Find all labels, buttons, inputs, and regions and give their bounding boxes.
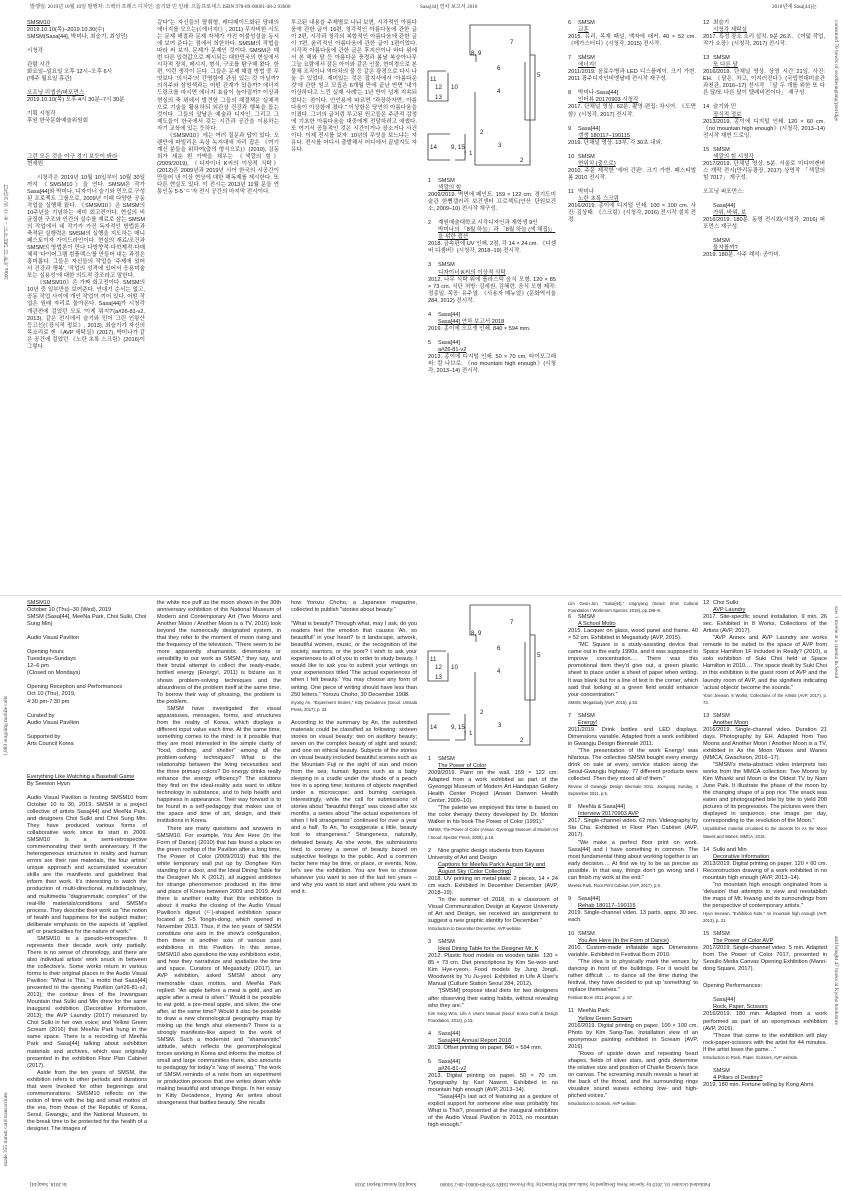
essay-paragraph: According to the summary by An, the subm… — [291, 720, 417, 896]
work-item: 3SMSMIdeal Dining Table for the Designer… — [428, 939, 558, 1024]
work-item: 14슬기와 민장식적 정보2013/2019. 종이에 디지털 인쇄. 120 … — [703, 104, 825, 139]
closed-note: (Closed on Mondays) — [27, 670, 147, 677]
essay-column-3-ko: 투고된 내용을 주제별로 나눠 보면, 시각적인 아름다움에 관한 글이 16편… — [291, 20, 417, 154]
plan-label: 2 — [480, 129, 483, 136]
supported-by: Arts Council Korea — [27, 741, 147, 748]
work-item: 9Sasa[44]갱생 180117–1901152019. 단채널 영상. 1… — [568, 126, 696, 147]
essay-author-en: By Seewon Hyun — [27, 781, 147, 788]
essay-paragraph: 투고된 내용을 주제별로 나눠 보면, 시각적인 아름다움에 관한 글이 16편… — [291, 20, 417, 154]
supported-label: Supported by — [27, 734, 147, 741]
plan-label: 1 — [469, 730, 472, 737]
exhibition-venue: Audio Visual Pavilion — [27, 635, 147, 642]
plan-label: 2 — [480, 709, 483, 716]
margin-stat-bottom-left-2: made 355 transit card transactions — [3, 966, 9, 1166]
footer-report-title: Sasa[44] Annual Report 2018 — [355, 1181, 417, 1187]
opening-label: Opening Reception and Performances — [27, 684, 147, 691]
work-item: 6SMSMA School Motto2015. Lacquer on glas… — [568, 614, 698, 706]
margin-stat-bottom-left: 1,083 outgoing mobile calls — [3, 606, 9, 756]
plan-label: 2 — [520, 737, 523, 744]
works-list-en-a: 1SMSMThe Power of Color2009/2019. Paint … — [428, 756, 558, 1136]
plan-label: 6 — [497, 65, 500, 72]
plan-label: 4 — [497, 668, 500, 675]
essay-paragraph: Aside from the ten years of SMSM, the ex… — [27, 1070, 147, 1133]
performance-item: SMSM4 Pillars of Destiny?2019. 180 min. … — [703, 1068, 827, 1089]
plan-label: 13 — [435, 94, 442, 101]
work-item: 8박미나·Sasa[44]인터뷰 20170903 시청각2017. 단채널 영… — [568, 90, 696, 118]
floor-plan-outline — [425, 602, 565, 752]
plan-label: 3 — [498, 142, 501, 149]
supported-by: 후원 한국문화예술위원회 — [27, 118, 145, 125]
work-item: 7SMSMEnergy!2011/2019. Drink bottles and… — [568, 713, 698, 798]
works-list-en-c: 12Choi SulkiAVP Laundry2017. Site-specif… — [703, 600, 827, 1096]
opening-value: 2019.10.10(목) 오후 4시 30분–7시 30분 — [27, 97, 145, 104]
works-list-ko-b: 6SMSM교훈2015. 유리, 목재 패널, 액자에 래커. 40 × 52 … — [568, 20, 696, 231]
performance-item: Sasa[44]가위, 바위, 보2016/2019. 180분. 동명 전시회… — [703, 203, 825, 231]
essay-paragraph: 《SMSM10》에는 여러 질문과 답이 있다. 오랜만에 파빌리온 옥상 녹지… — [157, 133, 279, 196]
work-item: 13SMSM또 다른 달2016/2019. 단채널 영상. 상영 시간 21일… — [703, 55, 825, 97]
plan-label: 8, 9 — [471, 50, 481, 57]
performances-label-en: Opening Performances: — [703, 983, 827, 990]
work-item: 10SMSM현위치 (춤으로)2010. 주문 제작한 '에어 간판'. 크기 … — [568, 154, 696, 182]
plan-label: 4 — [497, 88, 500, 95]
floor-plan-diagram: 7 8, 9 6 5 4 2 3 2 1 11 12 10 13 14 9, 1… — [425, 22, 565, 172]
floor-plan-outline — [425, 22, 565, 172]
essay-paragraph: the white rice puff as the moon shown in… — [157, 600, 281, 706]
works-list-en-b: Lim Geun-Jun, "Sasa[44]," Ungnyang (Seou… — [568, 600, 698, 1114]
plan-label: 7 — [510, 39, 513, 46]
opening-time: 4:30 pm-7:30 pm — [27, 699, 147, 706]
header-year-note: 2018년에 Sasa[44]는 — [772, 3, 817, 10]
opening-date: Oct 10 (Thu), 2019, — [27, 691, 147, 698]
essay-paragraph: There are many questions and answers in … — [157, 826, 281, 1108]
plan-label: 11 — [430, 656, 436, 663]
essay-column-2-en: the white rice puff as the moon shown in… — [157, 600, 281, 1107]
work-item: 10SMSMYou Are Here (In the Form of Dance… — [568, 931, 698, 1001]
plan-label: 14 — [430, 144, 437, 151]
work-item: 2계원예술대학교 시각디자인과 재학생 9인박미나의 「8월 하늘」과 「8월 … — [428, 220, 556, 255]
plan-label: 14 — [430, 724, 437, 731]
work-item: 13SMSMAnother Moon2016/2019. Single-chan… — [703, 713, 827, 840]
hours-label: Opening hours — [27, 649, 147, 656]
work-item: 6SMSM교훈2015. 유리, 목재 패널, 액자에 래커. 40 × 52 … — [568, 20, 696, 48]
work-source: Lim Geun-Jun, "Sasa[44]," Ungnyang (Seou… — [568, 600, 698, 614]
work-item: 5Sasa[44]a#26-81-v22013. 종이에 디지털 인쇄. 50 … — [428, 340, 556, 375]
essay-column-3-en: how Yorozu Choho, a Japanese magazine, c… — [291, 600, 417, 896]
essay-paragraph: 갈다"는 자신들의 탈취형, 레디메이드화된 당대의 에너지를 모으는(《에너지… — [157, 20, 279, 133]
work-item: 15SMSM색깔의 힘 시청각2017/2019. 단채널 영상. 5분. 서울… — [703, 147, 825, 182]
korean-half: 발행일: 2019년 10월 10일 발행처: 스펙터 프레스 디자인: 슬기와… — [0, 0, 842, 595]
work-item: 1SMSMThe Power of Color2009/2019. Paint … — [428, 756, 558, 841]
work-item: 14Sulki and MinDecorative Information201… — [703, 847, 827, 925]
plan-label: 10 — [451, 84, 458, 91]
plan-label: 7 — [510, 619, 513, 626]
footer-colophon: Published October 10, 2019 by Specter Pr… — [440, 1181, 710, 1187]
work-item: 12최슬기시청각 세탁실2017. 특정 장소 소리 설치. 9분 26초. 《… — [703, 20, 825, 48]
curated-by: Audio Visual Pavilion — [27, 720, 147, 727]
performance-item: Sasa[44]Rock, Paper, Scissors2016/2019. … — [703, 997, 827, 1060]
essay-title-en: Everything Like Watching a Baseball Game — [27, 774, 147, 781]
block-quote: "What is beauty? Through what, may I ask… — [291, 621, 417, 699]
work-item: 3SMSM디자이너 K씨의 이상적 식탁2012. 나무 식탁 위에 플라스틱 … — [428, 262, 556, 304]
works-list-ko-c: 12최슬기시청각 세탁실2017. 특정 장소 소리 설치. 9분 26초. 《… — [703, 20, 825, 266]
exhibition-info-ko: SMSM10 2019.10.10(목)–2019.10.30(수) SMSM(… — [27, 20, 145, 351]
curated-label: Curated by — [27, 713, 147, 720]
exhibition-artists: SMSM (Sasa[44], MeeNa Park, Choi Sulki, … — [27, 614, 147, 628]
exhibition-info-en: SMSM10 October 10 (Thu)–30 (Wed), 2019 S… — [27, 600, 147, 1133]
essay-paragraph: how Yorozu Choho, a Japanese magazine, c… — [291, 600, 417, 614]
essay-author-ko: 현세원 — [27, 161, 145, 168]
essay-paragraph: Audio Visual Pavilion is hosting SMSM10 … — [27, 795, 147, 936]
exhibition-dates: October 10 (Thu)–30 (Wed), 2019 — [27, 607, 147, 614]
margin-stat-top-left: 300m 녹색 더 넓어서기 – 푸 수 본 보았다 — [3, 20, 11, 280]
plan-label: 3 — [498, 722, 501, 729]
floor-plan-diagram: 7 8, 9 6 5 4 2 3 2 1 11 12 10 13 14 9, 1… — [425, 602, 565, 752]
essay-paragraph: SMSM have investigated the visual appara… — [157, 706, 281, 826]
entrance-arrow-icon: ↑ — [463, 148, 468, 158]
plan-label: 8, 9 — [471, 630, 481, 637]
plan-label: 13 — [435, 674, 442, 681]
work-item: 7SMSM에너지!2011/2019. 음료수병과 LED 디스플레이. 크기 … — [568, 55, 696, 83]
plan-label: 11 — [430, 76, 436, 83]
closed-note: (매주 월요일 휴관) — [27, 76, 145, 83]
entrance-arrow-icon: ↑ — [463, 728, 468, 738]
plan-label: 5 — [537, 72, 540, 79]
work-item: 1SMSM색깔의 힘2009/2019. 벽면에 페인트. 159 × 122 … — [428, 178, 556, 213]
exhibition-venue: 시청각 — [27, 48, 145, 55]
margin-stat-bottom-right-2: and bought 47 books at Kyobo bookstore — [833, 936, 839, 1176]
exhibition-artists: SMSM(Sasa[44], 박미나, 최슬기, 최성민) — [27, 34, 145, 41]
work-item: 9Sasa[44]Rehab 180117–1901152019. Single… — [568, 896, 698, 924]
plan-label: 1 — [469, 150, 472, 157]
plan-label: 6 — [497, 645, 500, 652]
work-item: 8MeeNa & Sasa[44]Interview 20170903 AVP2… — [568, 804, 698, 889]
work-item: 5Sasa[44]a#26-81-v22013. Digital printin… — [428, 1059, 558, 1129]
margin-stat-top-right: consumed 70 bowls of seollleongtang/porr… — [833, 20, 839, 540]
performance-item: SMSM물자를까?2019. 180분. 사주 해석: 공아미. — [703, 238, 825, 259]
plan-label: 5 — [537, 652, 540, 659]
plan-label: 12 — [435, 664, 442, 671]
work-item: 2Nine graphic design students from Kaywo… — [428, 848, 558, 933]
performances-label-ko: 오프닝 퍼포먼스: — [703, 189, 825, 196]
essay-paragraph: 《SMSM10》은 가짜 회고전이다. SMSM의 10년 중 일부만을 보여준… — [27, 280, 145, 350]
header-colophon: 발행일: 2019년 10월 10일 발행처: 스펙터 프레스 디자인: 슬기와… — [30, 3, 290, 10]
work-item: 4Sasa[44]Sasa[44] 연차 보고서 20182019. 종이에 오… — [428, 312, 556, 333]
quote-source: Inyong An, "Experiment Stories," Kitty D… — [291, 699, 417, 713]
essay-paragraph: 시청각은 2019년 10월 10일부터 10월 30일까지 《SMSM10》을… — [27, 175, 145, 281]
essay-paragraph: SMSM10 is a pseudo-retrospective. It rep… — [27, 936, 147, 1070]
plan-label: 10 — [451, 664, 458, 671]
exhibition-title: SMSM10 — [27, 600, 147, 607]
plan-label: 2 — [520, 157, 523, 164]
essay-title-ko: 그런 모든 것을 야구 경기 보듯이 봐라 — [27, 154, 145, 161]
work-item: 11MeeNa ParkYellow Green Scream2016/2019… — [568, 1008, 698, 1107]
work-item: 11박미나노란 초록 스크림2016/2019. 종이에 디지털 인쇄. 100… — [568, 189, 696, 224]
hours-days: Tuesdays–Sundays — [27, 656, 147, 663]
hours-time: 12–6 pm — [27, 663, 147, 670]
work-item: 15SMSMThe Power of Color AVP2017/2019. S… — [703, 931, 827, 973]
header-report-title: Sasa[44] 연차 보고서 2018 — [420, 3, 477, 10]
plan-label: 12 — [435, 84, 442, 91]
work-item: 4Sasa[44]Sasa[44] Annual Report 20182019… — [428, 1031, 558, 1052]
essay-column-2-ko: 갈다"는 자신들의 탈취형, 레디메이드화된 당대의 에너지를 모으는(《에너지… — [157, 20, 279, 196]
exhibition-title: SMSM10 — [27, 20, 145, 27]
margin-stat-bottom-right: saw 1 movie at a cinema in Seoul — [833, 606, 839, 806]
footer-year-note: In 2018, Sasa[44] — [30, 1181, 67, 1187]
work-item: 12Choi SulkiAVP Laundry2017. Site-specif… — [703, 600, 827, 706]
works-list-ko-a: 1SMSM색깔의 힘2009/2019. 벽면에 페인트. 159 × 122 … — [428, 178, 556, 382]
english-half: 1,083 outgoing mobile calls made 355 tra… — [0, 596, 842, 1191]
